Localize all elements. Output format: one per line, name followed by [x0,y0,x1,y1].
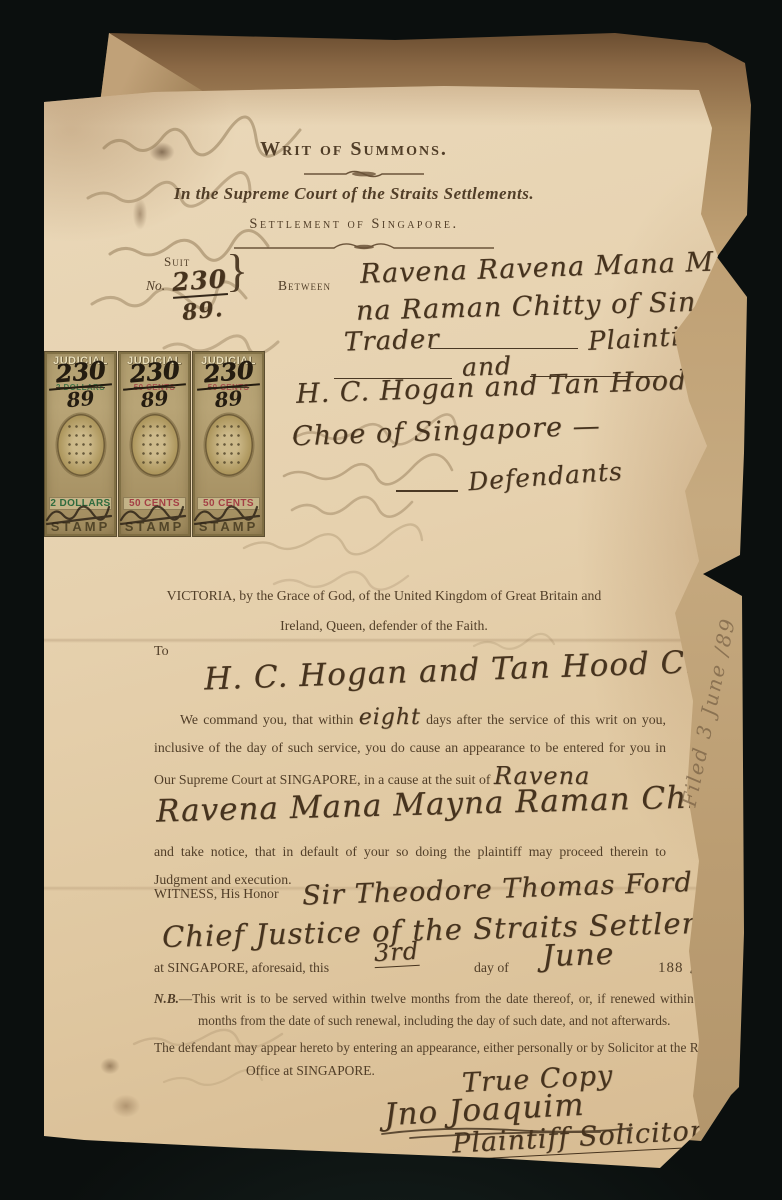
perfin-holes [214,422,244,468]
witness-label: WITNESS, His Honor [154,886,279,902]
cancellation-signature [43,502,117,530]
date-line-prefix: at SINGAPORE, aforesaid, this [154,960,329,976]
nb-text: —This writ is to be served within twelve… [179,991,714,1028]
appearance-paragraph: The defendant may appear hereto by enter… [154,1036,762,1082]
settlement-divider-ornament [234,242,494,250]
suit-number-handwritten: 230 [171,264,228,299]
days-value-handwritten: eight [359,705,421,730]
addressee-handwritten: H. C. Hogan and Tan Hood Choe [204,643,746,698]
photo-of-writ-document: Writ of Summons. In the Supreme Court of… [0,0,782,1200]
victoria-line1: VICTORIA, by the Grace of God, of the Un… [104,588,664,604]
overprint-suit-number: 230 [192,359,264,385]
settlement-line: Settlement of Singapore. [44,216,664,233]
perfin-holes [66,422,96,468]
queen-victoria-medallion [131,414,179,476]
suit-year-handwritten: 89. [181,296,225,326]
defendants-title: Defendants [467,457,624,497]
between-label: Between [278,278,331,294]
blank-rule [430,348,578,349]
to-label: To [154,644,169,660]
year-printed: 188 [658,960,684,977]
nb-paragraph: N.B.—This writ is to be served within tw… [154,988,714,1032]
defendant-name-line1: H. C. Hogan and Tan Hood [296,365,688,410]
month-value-handwritten: June [541,937,615,975]
court-name: In the Supreme Court of the Straits Sett… [44,184,664,204]
judicial-stamp-50-cents-1: JUDICIAL 50 CENTS 50 CENTS STAMP 230 89 [118,351,191,537]
plaintiff-occupation: Trader [344,324,441,357]
blank-rule [396,490,458,492]
day-value-handwritten: 3rd [373,937,420,968]
suit-brace: } [226,244,248,297]
defendant-name-line2: Choe of Singapore — [292,411,602,453]
command-pre: We command you, that within [180,712,353,727]
nb-label: N.B. [154,991,179,1006]
overprint-suit-number: 230 [44,359,116,385]
suit-no-label: No. [146,278,165,294]
command-paragraph: We command you, that within eight days a… [154,704,666,794]
judicial-stamp-2-dollars: JUDICIAL 2 DOLLARS 2 DOLLARS STAMP 230 8… [44,351,117,537]
cancellation-signature [117,502,191,530]
judicial-stamp-50-cents-2: JUDICIAL 50 CENTS 50 CENTS STAMP 230 89 [192,351,265,537]
overprint-suit-number: 230 [118,359,190,385]
queen-victoria-medallion [205,414,253,476]
judge-title-handwritten: Chief Justice of the Straits Settlements [162,904,777,954]
document-title: Writ of Summons. [44,138,664,161]
queen-victoria-medallion [57,414,105,476]
day-of-label: day of [474,960,509,976]
judicial-stamps-row: JUDICIAL 2 DOLLARS 2 DOLLARS STAMP 230 8… [44,351,266,537]
writ-front-sheet: Writ of Summons. In the Supreme Court of… [44,86,720,1170]
title-divider-ornament [304,170,424,178]
perfin-holes [140,422,170,468]
victoria-line2: Ireland, Queen, defender of the Faith. [104,618,664,634]
cancellation-signature [191,502,265,530]
